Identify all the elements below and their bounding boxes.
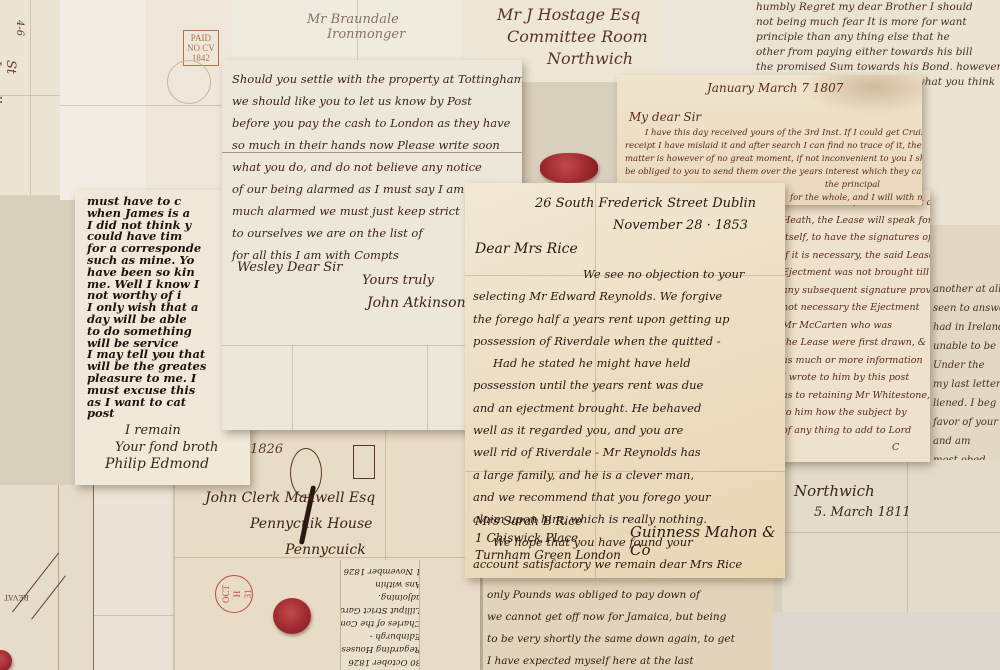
signature: Philip Edmond	[105, 456, 218, 473]
address-line: Northwich	[547, 48, 648, 70]
letter-line: had in Ireland	[933, 318, 1000, 337]
letter-line: of any thing to add to Lord	[782, 422, 930, 440]
letter-line: a large family, and he is a clever man,	[473, 464, 744, 486]
edge-note: 4-6	[14, 20, 25, 36]
letter-line: other from paying either towards his bil…	[756, 45, 1000, 60]
letter-line: well as it regarded you, and you are	[473, 419, 744, 441]
docket-line: Ans within	[345, 577, 420, 590]
signature: Guinness Mahon & Co	[630, 523, 785, 559]
recipient-line: Mrs Sarah B Rice	[475, 513, 621, 530]
postal-box	[353, 445, 375, 479]
salutation: My dear Sir	[629, 110, 701, 124]
letter-line: principle than any thing else that he	[756, 30, 1000, 45]
letter-line: what you do, and do not believe any noti…	[232, 156, 522, 178]
docket-line: 30 October 1826	[345, 655, 420, 668]
letter-line: for the whole, and I will with much	[790, 192, 922, 205]
letter-line: Had he stated he might have held	[493, 352, 744, 374]
letter-line: the Lease were first drawn, &	[782, 334, 930, 352]
letter-date: November 28 · 1853	[613, 215, 756, 237]
place-line: Northwich	[794, 480, 911, 502]
letter-line: my last letter	[933, 375, 1000, 394]
right-narrow-letter: at Roscommon, but cannot at all Heath, t…	[778, 190, 930, 462]
letter-date: January March 7 1807	[707, 81, 843, 95]
sender-address: 26 South Frederick Street Dublin	[535, 193, 756, 215]
salutation: Dear Mrs Rice	[475, 241, 578, 257]
letter-line: well rid of Riverdale - Mr Reynolds has	[473, 441, 744, 463]
wax-seal	[540, 153, 598, 183]
address-line: Ironmonger	[327, 27, 405, 42]
letter-line: I have this day received yours of the 3r…	[645, 127, 922, 140]
address-line: John Clerk Maxwell Esq	[205, 485, 375, 511]
address-line: Committee Room	[507, 26, 648, 48]
letter-line: the forego half a years rent upon gettin…	[473, 308, 744, 330]
letter-line: as much or more information	[782, 352, 930, 370]
braundale-envelope: Mr Braundale Ironmonger	[232, 0, 467, 65]
letter-line: seen to answer	[933, 299, 1000, 318]
bottom-left-envelope: REVAT	[0, 485, 95, 670]
letter-line: Mr McCarten who was	[782, 317, 930, 335]
letter-line: not necessary the Ejectment	[782, 299, 930, 317]
recipient-line: Turnham Green London	[475, 547, 621, 564]
closing-line: I remain	[125, 422, 218, 439]
letter-line: Under the	[933, 356, 1000, 375]
stamp-text: NO CV	[187, 43, 215, 53]
far-right-letter: another at all seen to answer had in Ire…	[925, 225, 1000, 465]
wax-seal	[0, 650, 12, 670]
docket-line: adjoining.	[345, 590, 420, 603]
letter-line: possession of Riverdale when the quitted…	[473, 330, 744, 352]
letter-line: Should you settle with the property at T…	[232, 68, 522, 90]
letter-line: Ejectment was not brought till	[782, 264, 930, 282]
docket-line: Regarding Houses in	[345, 642, 420, 655]
mark-text: REVAT	[4, 593, 29, 602]
letter-line: before you pay the cash to London as the…	[232, 112, 522, 134]
letter-line: and we recommend that you forego your	[473, 486, 744, 508]
letter-line: C	[892, 439, 930, 457]
date-line: 5. March 1811	[814, 502, 911, 524]
edge-name: St Jarnell	[0, 60, 18, 104]
address-line: Mr J Hostage Esq	[497, 4, 648, 26]
bottom-center-letter: only Pounds was obliged to pay down of w…	[483, 578, 773, 670]
blank-sheet-top	[665, 0, 755, 80]
letter-line: I have expected myself here at the last	[487, 650, 735, 670]
letter-line: another at all	[933, 280, 1000, 299]
letter-line: not being much fear It is more for want	[756, 15, 1000, 30]
docket-note: 30 October 1826 Regarding Houses in Edin…	[340, 560, 420, 670]
docket-line: Edinburgh -	[345, 629, 420, 642]
letter-line: matter is however of no great moment, if…	[625, 153, 922, 166]
letter-line: receipt I have mislaid it and after sear…	[625, 140, 922, 153]
letter-line: itself, to have the signatures of	[782, 229, 930, 247]
address-line: Pennycuik House	[250, 511, 375, 537]
letter-line: post	[87, 408, 206, 420]
letter-line: liened. I beg	[933, 394, 1000, 413]
letter-line: if it is necessary, the said Lease	[782, 247, 930, 265]
letter-line: unable to be	[933, 337, 1000, 356]
letter-line: and an ejectment brought. He behaved	[473, 397, 744, 419]
docket-line: Charles of the Commr	[345, 616, 420, 629]
letter-line: to him how the subject by	[782, 404, 930, 422]
stamp-text: PAID	[187, 33, 215, 43]
letter-line: the promised Sum towards his Bond. howev…	[756, 60, 1000, 75]
round-postmark	[167, 60, 211, 104]
blank-fold-sheet	[60, 0, 150, 200]
docket-line: Lilliput Strict Garden	[345, 603, 420, 616]
closing-line: Wesley Dear Sir	[237, 260, 343, 275]
letter-line: We see no objection to your	[583, 263, 744, 285]
letter-line: and am	[933, 432, 1000, 451]
docket-line: 1 November 1826	[345, 564, 420, 577]
partial-date: 1826	[250, 442, 283, 457]
letter-line: Heath, the Lease will speak for	[782, 212, 930, 230]
blank-sheet-bottom-left	[93, 485, 173, 670]
postmark-text: OCT	[221, 576, 232, 612]
postmark-text: H	[232, 576, 243, 612]
letter-line: as to retaining Mr Whitestone,	[782, 387, 930, 405]
letter-line: to be very shortly the same down again, …	[487, 628, 735, 650]
signature: John Atkinson	[367, 292, 466, 314]
dublin-letter: 26 South Frederick Street Dublin Novembe…	[465, 183, 785, 578]
northwich-envelope: Northwich 5. March 1811	[782, 460, 1000, 615]
letter-line: we should like you to let us know by Pos…	[232, 90, 522, 112]
round-postmark: OCT H 31	[215, 575, 253, 613]
letter-line: selecting Mr Edward Reynolds. We forgive	[473, 285, 744, 307]
wax-seal	[273, 598, 311, 634]
letter-line: we cannot get off now for Jamaica, but b…	[487, 606, 735, 628]
letter-line: any subsequent signature prove	[782, 282, 930, 300]
letter-line: be obliged to you to send them over the …	[625, 166, 922, 179]
letter-line: humbly Regret my dear Brother I should	[756, 0, 1000, 15]
letter-line: I wrote to him by this post	[782, 369, 930, 387]
letter-line: so much in their hands now Please write …	[232, 134, 522, 156]
pen-stroke	[12, 553, 59, 613]
closing-line: Your fond broth	[115, 439, 218, 456]
recipient-line: 1 Chiswick Place	[475, 530, 621, 547]
letter-line: the principal	[825, 179, 922, 192]
letter-line: favor of your	[933, 413, 1000, 432]
closing-line: Yours truly	[362, 270, 466, 292]
letter-line: only Pounds was obliged to pay down of	[487, 584, 735, 606]
postmark-text: 31	[243, 576, 254, 612]
letter-line: Your Ob Servants	[593, 575, 744, 578]
bottom-right-sheet	[770, 612, 1000, 670]
letter-line: possession until the years rent was due	[473, 374, 744, 396]
